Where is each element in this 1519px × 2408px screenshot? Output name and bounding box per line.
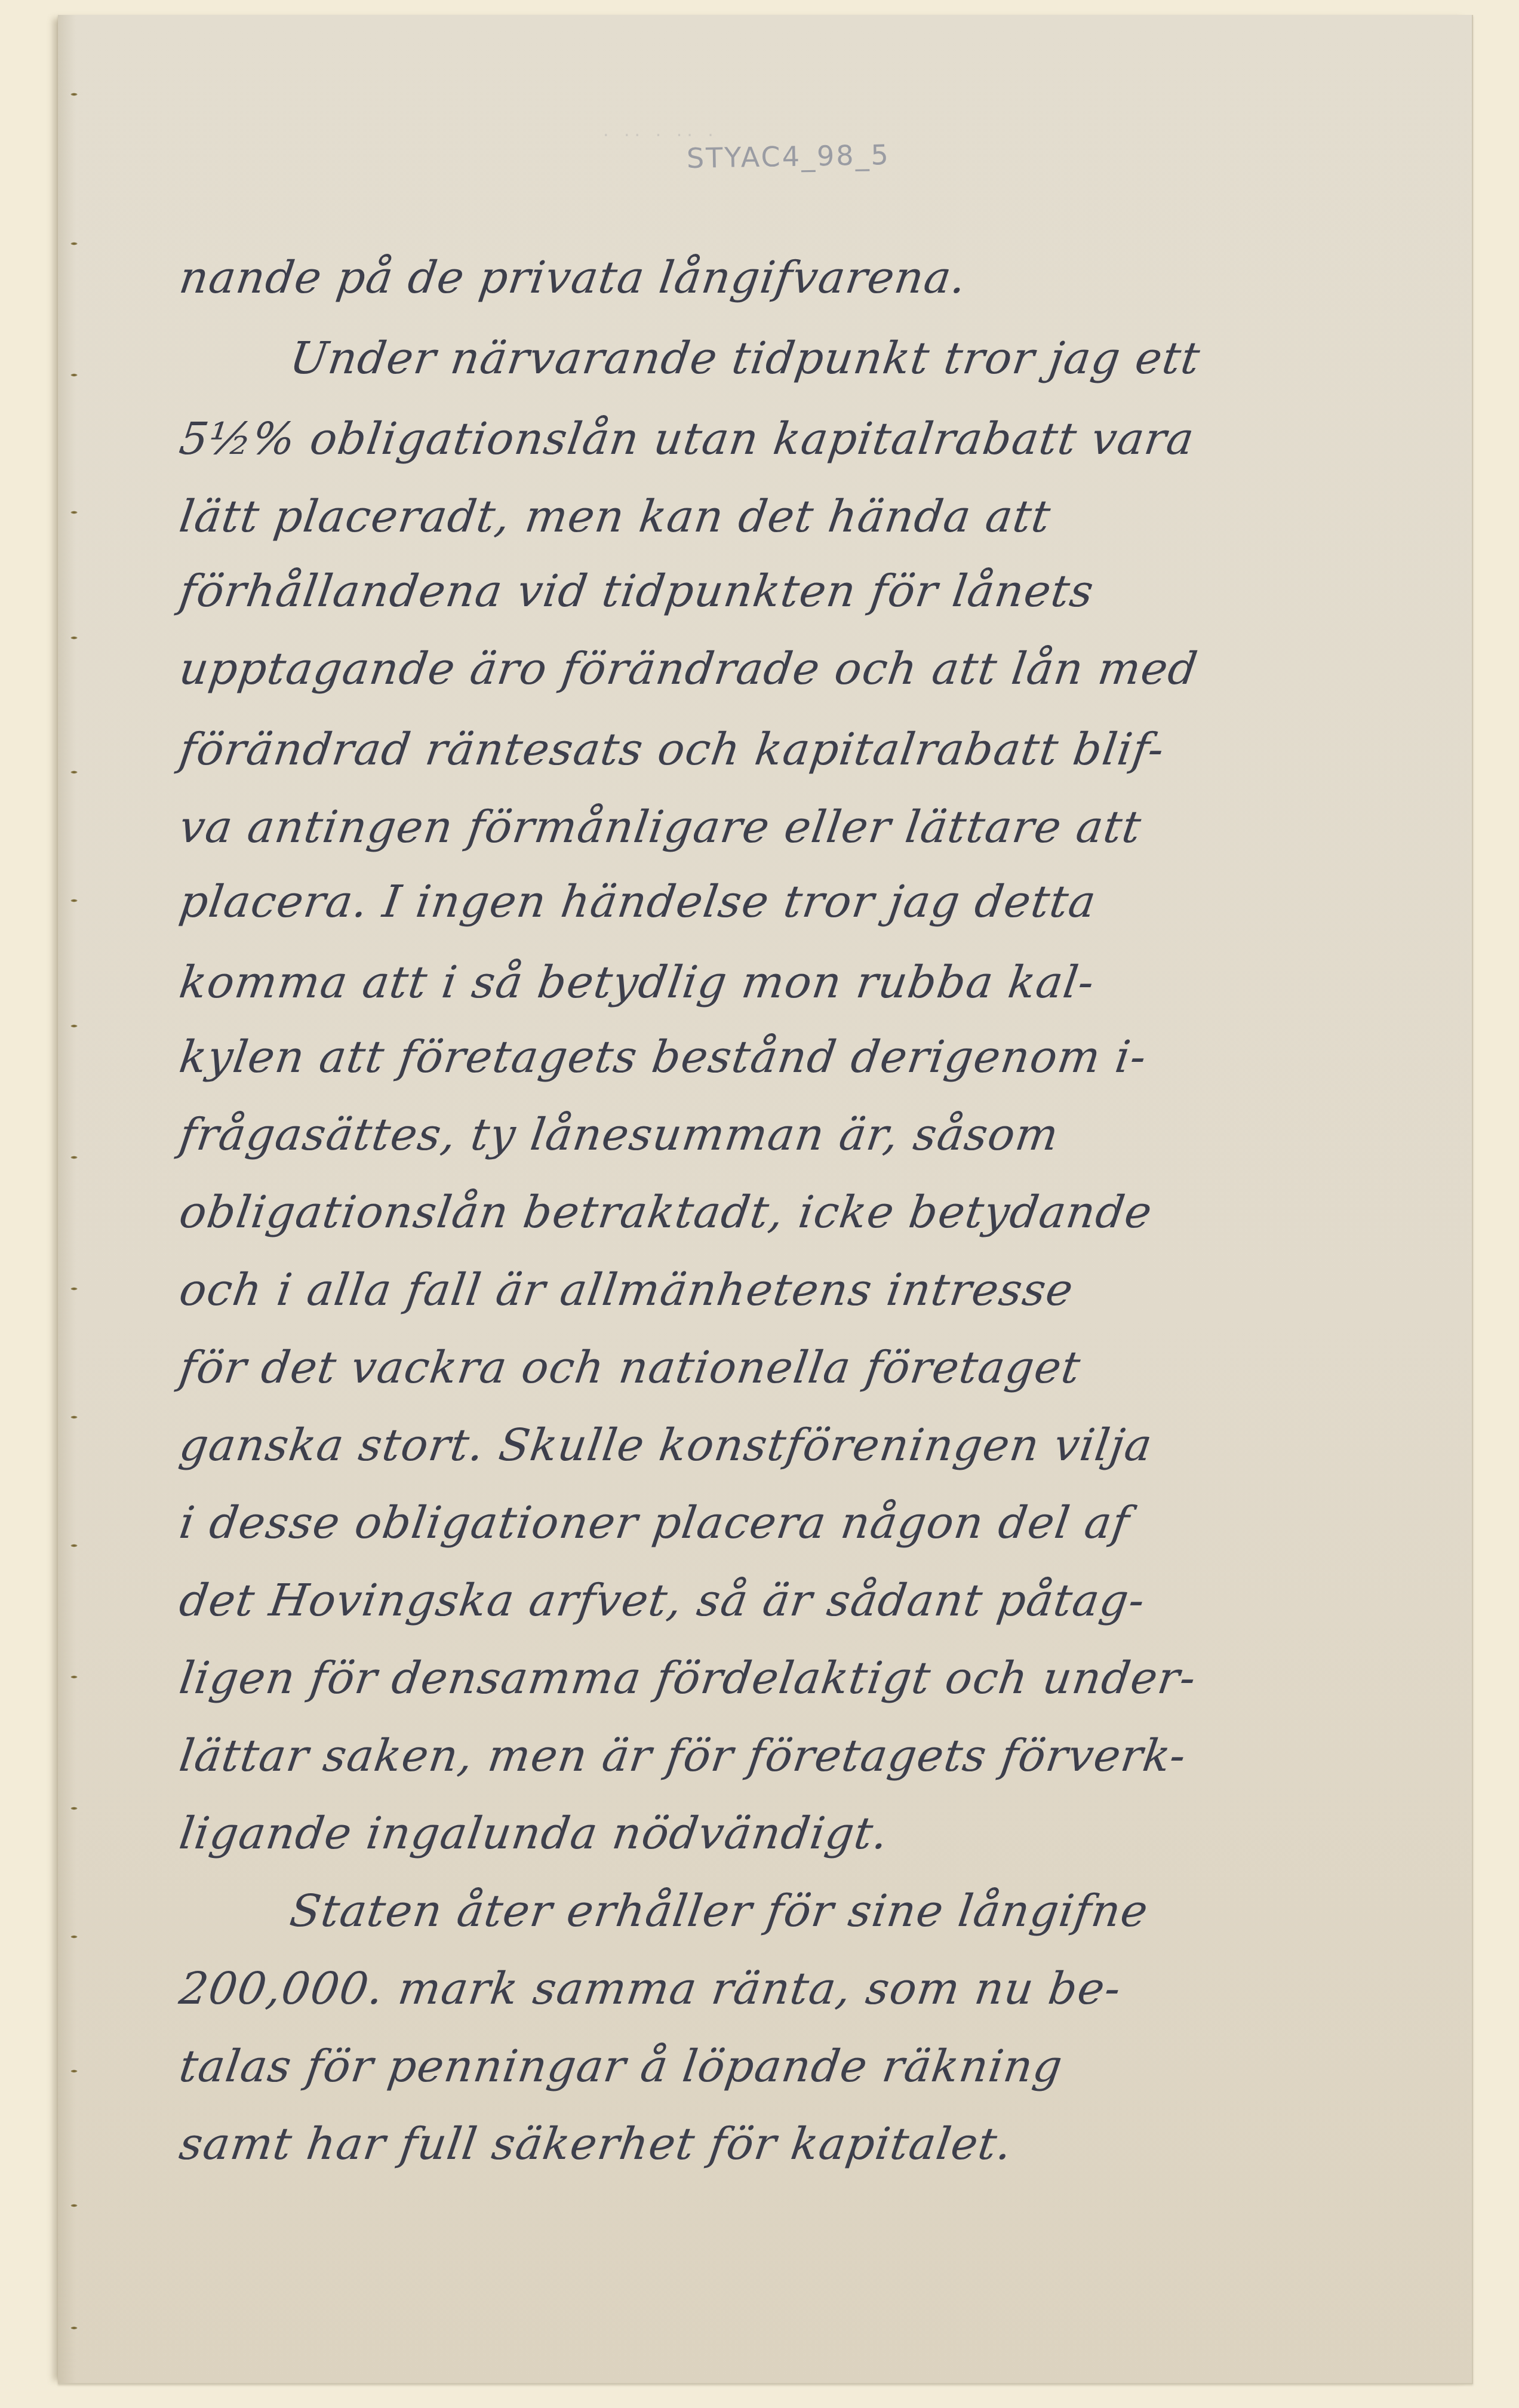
text-line: lätt placeradt, men kan det hända att <box>176 490 1480 543</box>
text-line: ligande ingalunda nödvändigt. <box>176 1807 1480 1860</box>
text-line: ganska stort. Skulle konstföreningen vil… <box>176 1418 1480 1472</box>
text-line: 200,000. mark samma ränta, som nu be- <box>176 1962 1480 2016</box>
text-line: kylen att företagets bestånd derigenom i… <box>176 1030 1480 1084</box>
text-line: samt har full säkerhet för kapitalet. <box>176 2117 1480 2171</box>
text-line: Staten åter erhåller för sine långifne <box>287 1884 1519 1938</box>
text-line: komma att i så betydlig mon rubba kal- <box>176 956 1480 1009</box>
handwritten-text-block: nande på de privata långifvarena. Under … <box>0 0 1519 2408</box>
text-line: 5½% obligationslån utan kapitalrabatt va… <box>176 412 1480 466</box>
text-line: Under närvarande tidpunkt tror jag ett <box>287 331 1519 385</box>
text-line: i desse obligationer placera någon del a… <box>176 1496 1480 1550</box>
text-line: frågasättes, ty lånesumman är, såsom <box>176 1108 1480 1162</box>
text-line: lättar saken, men är för företagets förv… <box>176 1729 1480 1783</box>
text-line: det Hovingska arfvet, så är sådant påtag… <box>176 1574 1480 1627</box>
text-line: va antingen förmånligare eller lättare a… <box>176 800 1480 854</box>
text-line: förhållandena vid tidpunkten för lånets <box>176 564 1480 618</box>
text-line: förändrad räntesats och kapitalrabatt bl… <box>176 723 1480 776</box>
text-line: för det vackra och nationella företaget <box>176 1341 1480 1395</box>
text-line: nande på de privata långifvarena. <box>176 251 1480 305</box>
text-line: ligen för densamma fördelaktigt och unde… <box>176 1651 1480 1705</box>
text-line: och i alla fall är allmänhetens intresse <box>176 1263 1480 1317</box>
text-line: obligationslån betraktadt, icke betydand… <box>176 1185 1480 1239</box>
text-line: placera. I ingen händelse tror jag detta <box>176 875 1480 929</box>
text-line: talas för penningar å löpande räkning <box>176 2040 1480 2093</box>
text-line: upptagande äro förändrade och att lån me… <box>176 642 1480 696</box>
